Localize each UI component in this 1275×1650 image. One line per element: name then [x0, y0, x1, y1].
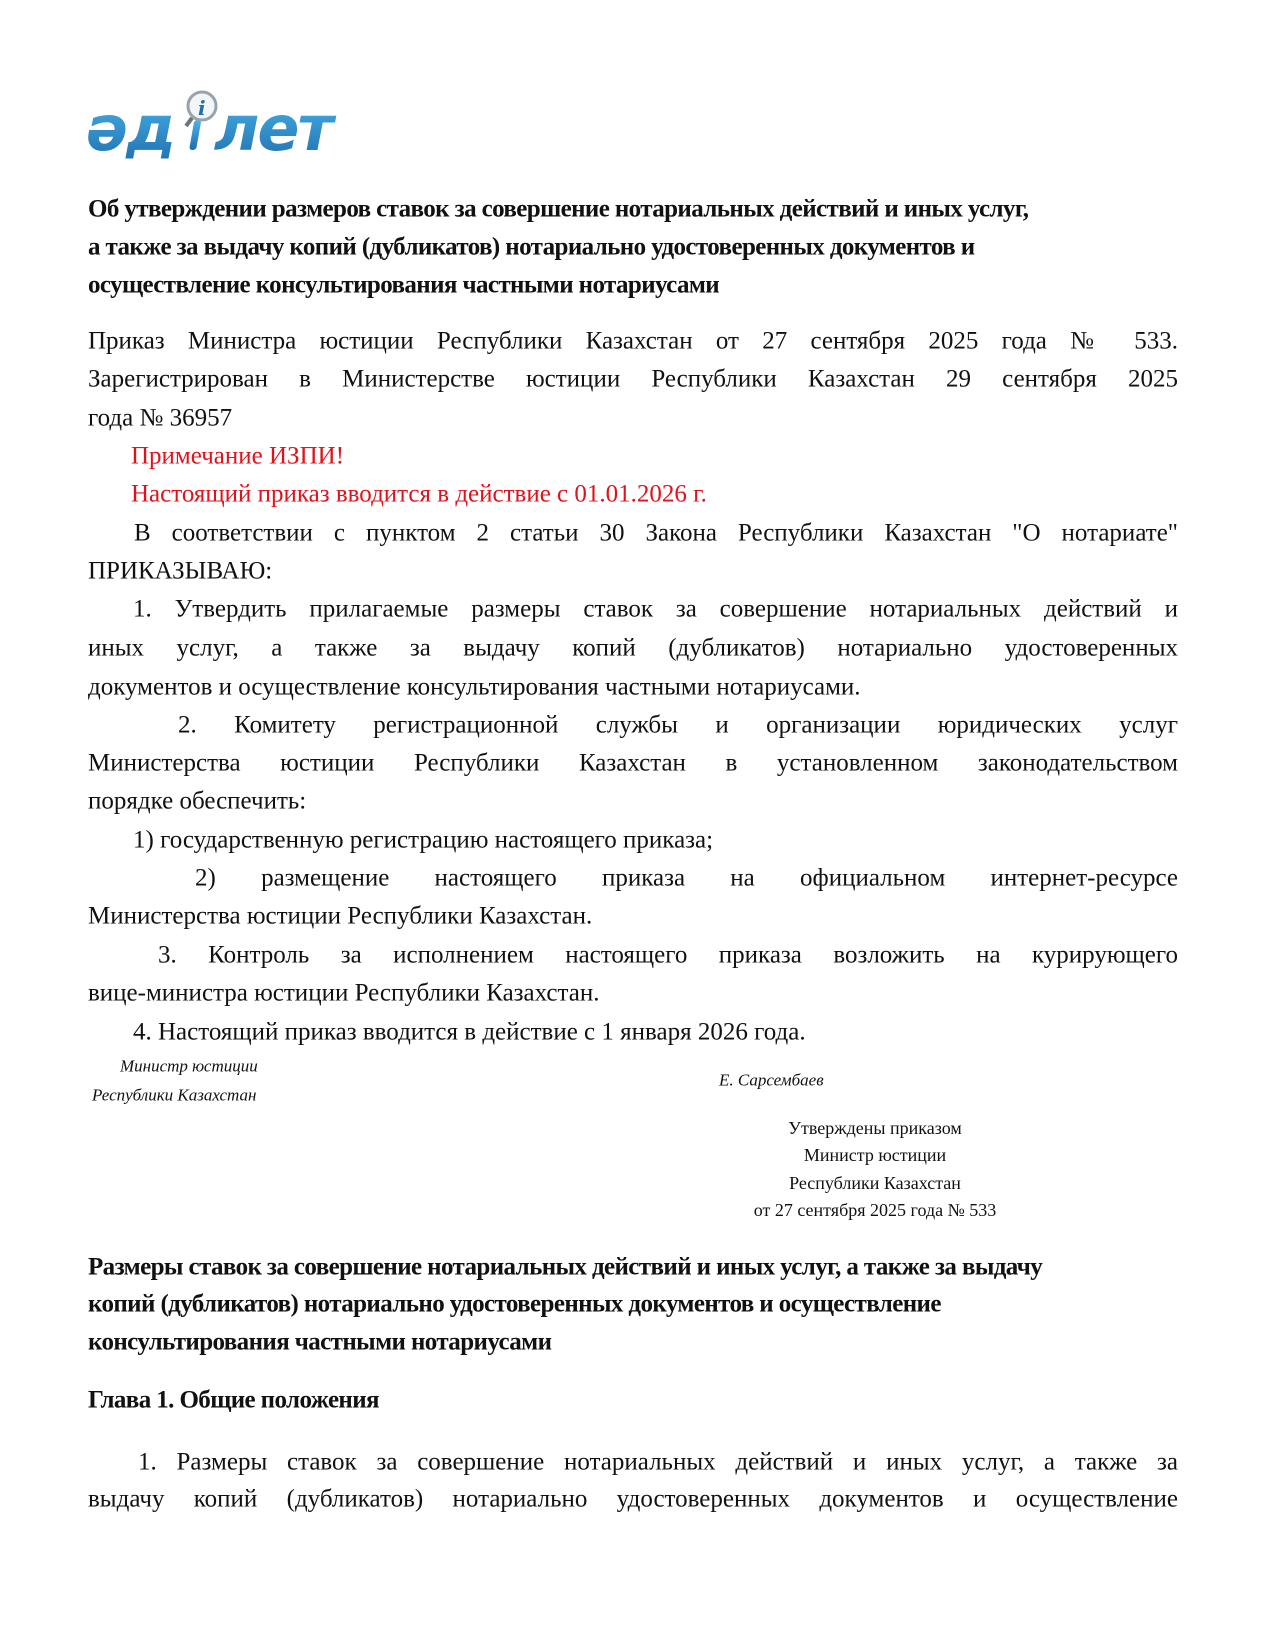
annex-title-line: Размеры ставок за совершение нотариальны… — [88, 1255, 1178, 1280]
paragraph-2-item-1: 1) государственную регистрацию настоящег… — [133, 828, 1223, 853]
order-info-line: года № 36957 — [88, 406, 1178, 431]
annex-paragraph-1-line: выдачу копий (дубликатов) нотариально уд… — [88, 1487, 1178, 1512]
signature-position-line: Министр юстиции — [120, 1058, 290, 1075]
paragraph-3-line: вице-министра юстиции Республики Казахст… — [88, 981, 1178, 1006]
paragraph-2-item-2-line: Министерства юстиции Республики Казахста… — [88, 904, 1178, 929]
annex-title-line: копий (дубликатов) нотариально удостовер… — [88, 1292, 1178, 1317]
document-title-line: а также за выдачу копий (дубликатов) нот… — [88, 235, 1178, 260]
paragraph-3-line: 3. Контроль за исполнением настоящего пр… — [158, 943, 1178, 968]
paragraph-1-line: документов и осуществление консультирова… — [88, 675, 1178, 700]
preamble-line: ПРИКАЗЫВАЮ: — [88, 559, 1178, 584]
approval-line: Министр юстиции — [720, 1146, 1030, 1164]
approval-line: от 27 сентября 2025 года № 533 — [720, 1201, 1030, 1219]
paragraph-2-line: Министерства юстиции Республики Казахста… — [88, 751, 1178, 776]
svg-text:i: i — [198, 96, 206, 120]
approval-line: Республики Казахстан — [720, 1174, 1030, 1192]
paragraph-4: 4. Настоящий приказ вводится в действие … — [133, 1020, 1223, 1045]
paragraph-1-line: 1. Утвердить прилагаемые размеры ставок … — [133, 597, 1178, 622]
order-info-line: Зарегистрирован в Министерстве юстиции Р… — [88, 367, 1178, 392]
preamble-line: В соответствии с пунктом 2 статьи 30 Зак… — [134, 521, 1178, 546]
note-text: Настоящий приказ вводится в действие с 0… — [131, 482, 1221, 507]
annex-title-line: консультирования частными нотариусами — [88, 1330, 1178, 1355]
adilet-logo: әд лет i — [86, 88, 346, 160]
annex-paragraph-1-line: 1. Размеры ставок за совершение нотариал… — [138, 1450, 1178, 1475]
document-title-line: осуществление консультирования частными … — [88, 273, 1178, 298]
chapter-heading: Глава 1. Общие положения — [88, 1388, 1178, 1413]
note-heading: Примечание ИЗПИ! — [131, 444, 1221, 469]
svg-text:лет: лет — [214, 92, 336, 160]
paragraph-2-line: 2. Комитету регистрационной службы и орг… — [178, 713, 1178, 738]
adilet-logo-graphic: әд лет i — [86, 88, 346, 160]
signature-name: Е. Сарсембаев — [719, 1072, 919, 1089]
signature-position-line: Республики Казахстан — [92, 1087, 302, 1104]
document-title-line: Об утверждении размеров ставок за соверш… — [88, 197, 1178, 222]
order-info-line: Приказ Министра юстиции Республики Казах… — [88, 329, 1178, 354]
magnifier-info-icon: i — [186, 92, 216, 126]
paragraph-2-line: порядке обеспечить: — [88, 789, 1178, 814]
paragraph-2-item-2-line: 2) размещение настоящего приказа на офиц… — [195, 866, 1178, 891]
paragraph-1-line: иных услуг, а также за выдачу копий (дуб… — [88, 636, 1178, 661]
svg-text:әд: әд — [86, 92, 174, 160]
approval-line: Утверждены приказом — [720, 1119, 1030, 1137]
